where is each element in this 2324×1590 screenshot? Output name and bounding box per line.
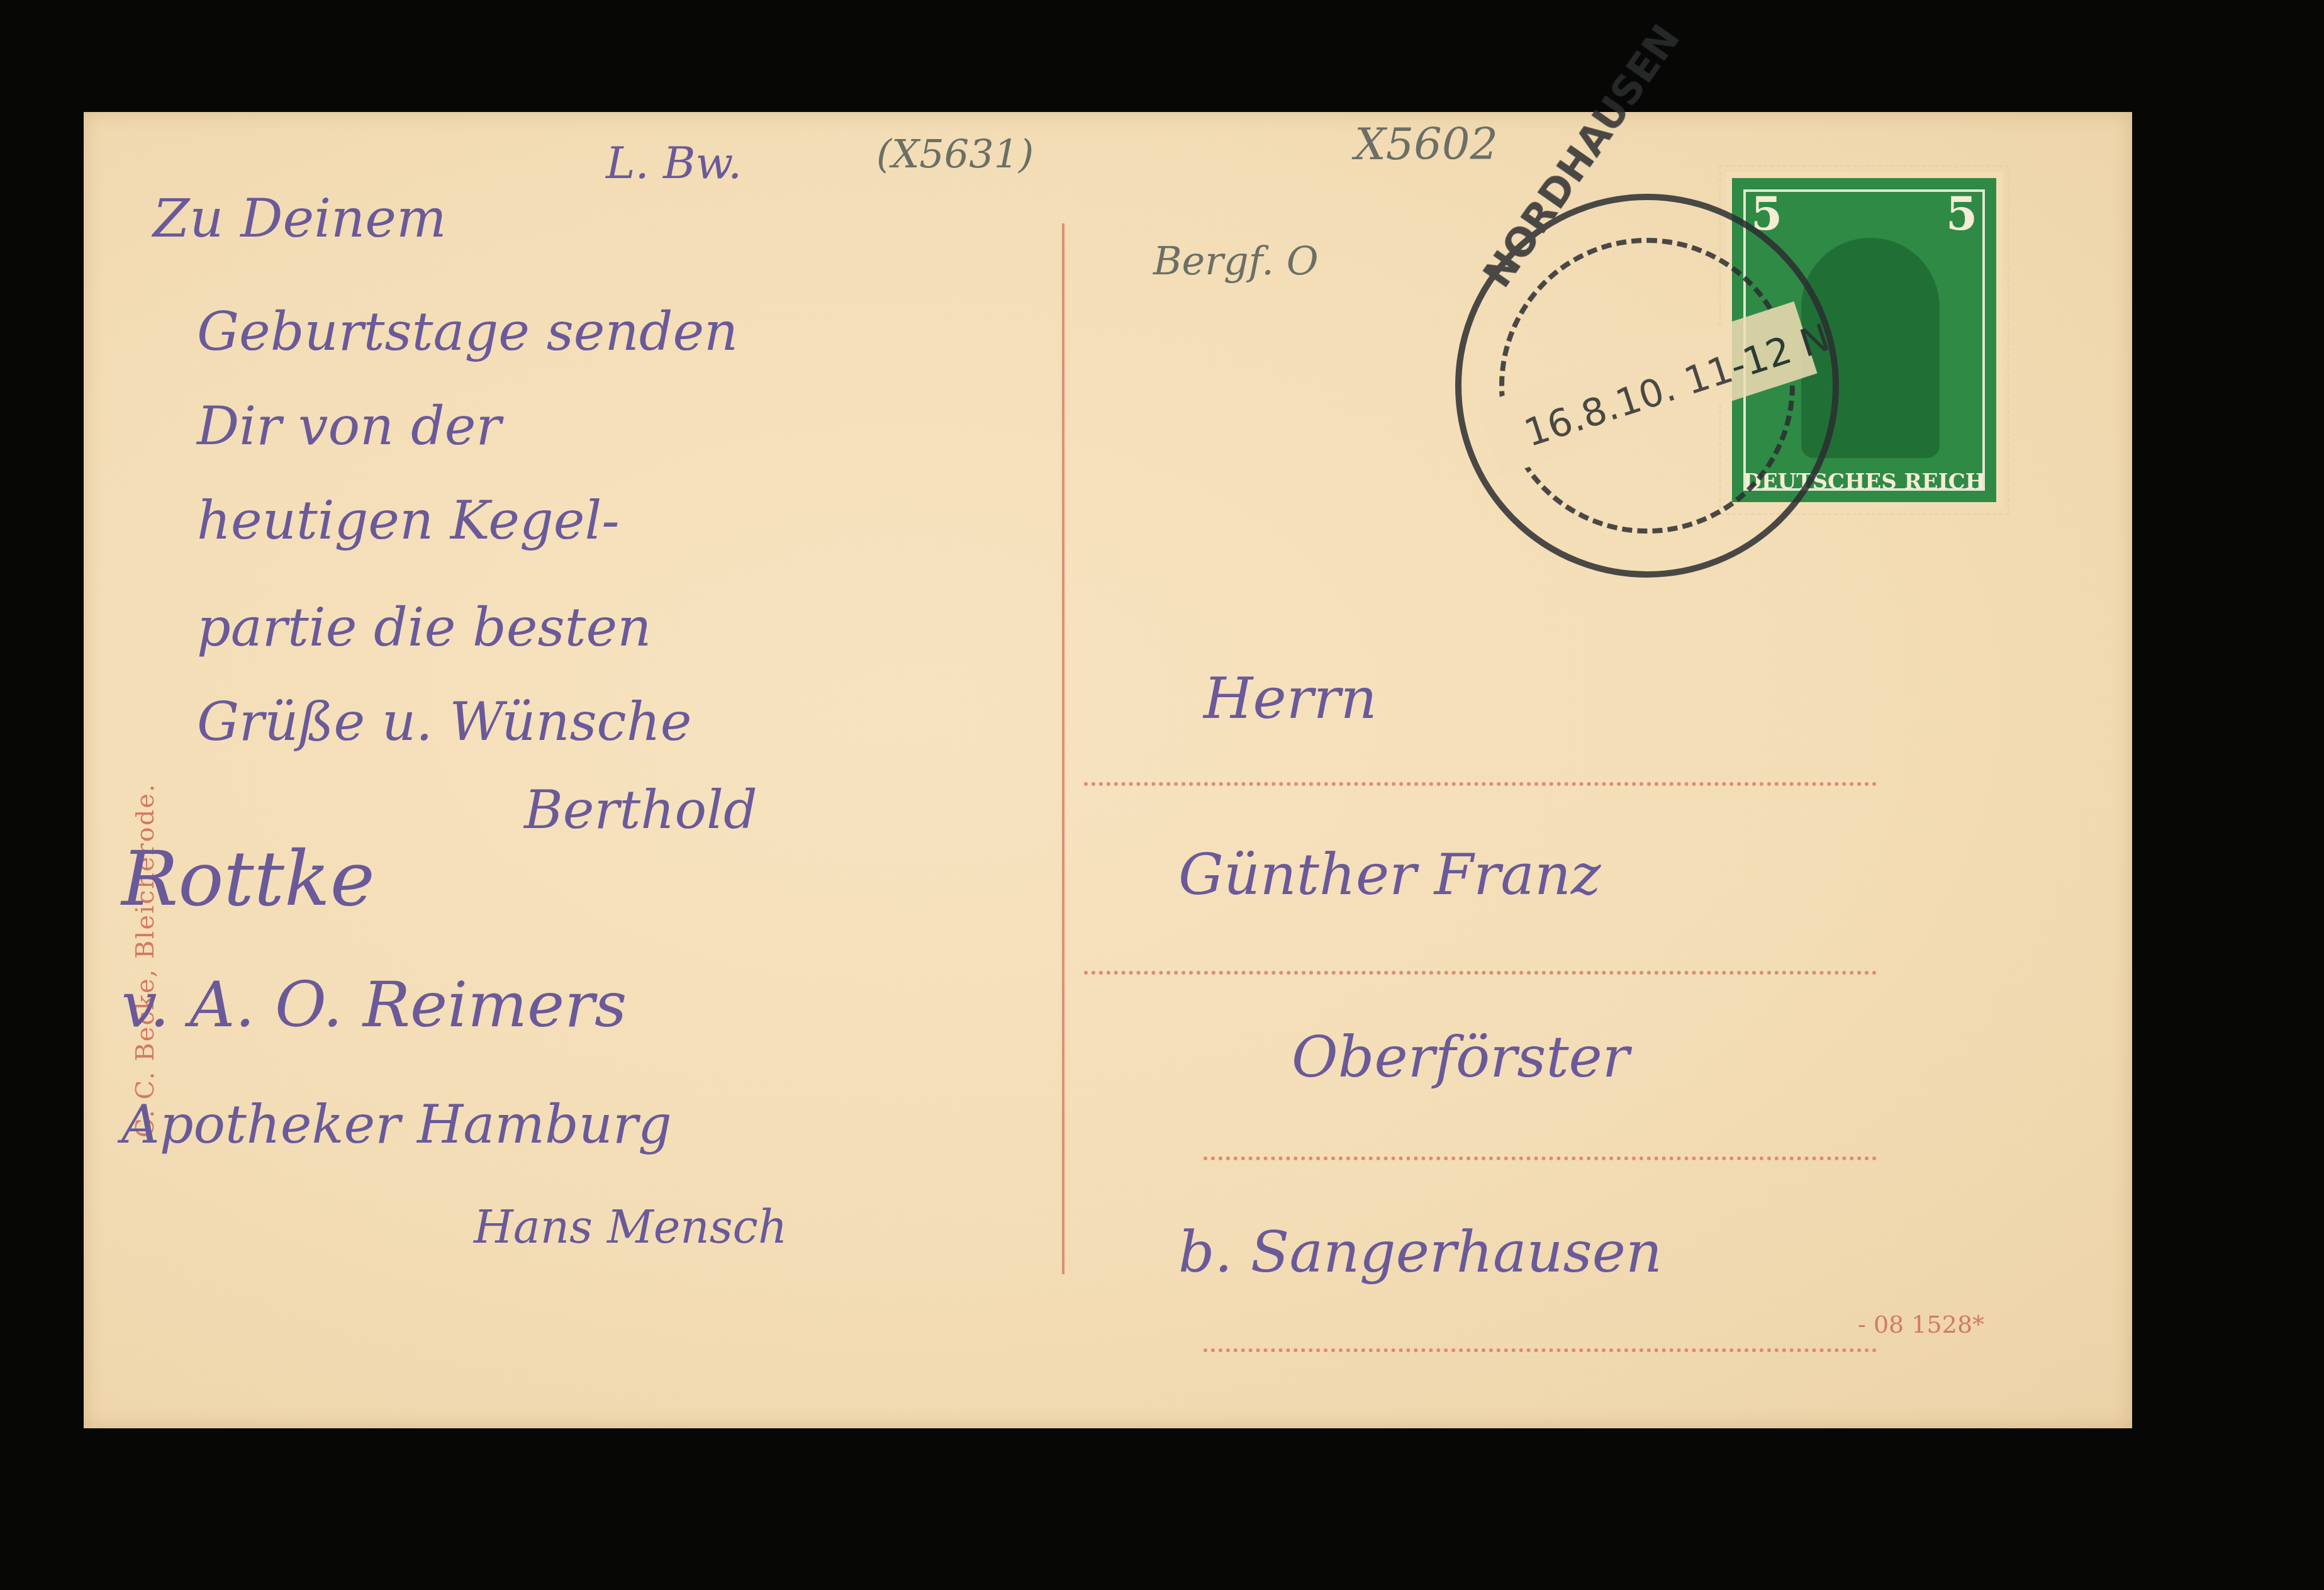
address-name-title: Herrn xyxy=(1204,666,1377,732)
message-line-8: Rottke xyxy=(121,836,375,923)
divider-line xyxy=(1062,223,1064,1274)
side-note: Bergf. O xyxy=(1153,238,1319,284)
address-town: b. Sangerhausen xyxy=(1178,1219,1662,1285)
address-line-3 xyxy=(1204,1156,1877,1160)
message-line-6: Grüße u. Wünsche xyxy=(197,691,691,753)
address-line-4 xyxy=(1204,1348,1877,1352)
archive-note-top-left: L. Bw. xyxy=(606,137,742,189)
address-line-1 xyxy=(1084,782,1877,786)
address-line-2 xyxy=(1084,971,1877,975)
message-line-2: Geburtstage senden xyxy=(197,301,738,362)
message-line-11: Hans Mensch xyxy=(474,1201,787,1253)
message-line-5: partie die besten xyxy=(197,596,651,658)
catalog-note-b: X5602 xyxy=(1355,118,1498,170)
postcard: C. C. Becke, Bleicherode. - 08 1528* L. … xyxy=(84,112,2132,1428)
catalog-note-a: (X5631) xyxy=(876,131,1034,177)
stamp-value-right: 5 xyxy=(1946,187,1977,240)
message-line-3: Dir von der xyxy=(197,395,501,457)
message-line-4: heutigen Kegel- xyxy=(197,490,620,551)
address-occupation: Oberförster xyxy=(1292,1024,1629,1090)
message-line-10: Apotheker Hamburg xyxy=(121,1094,672,1155)
serial-number: - 08 1528* xyxy=(1858,1311,1984,1338)
message-line-9: v. A. O. Reimers xyxy=(121,968,627,1041)
postmark-cancellation: NORDHAUSEN 16.8.10. 11-12 N xyxy=(1455,194,1839,578)
message-line-7: Berthold xyxy=(524,779,757,841)
message-line-1: Zu Deinem xyxy=(153,188,447,249)
address-name: Günther Franz xyxy=(1178,842,1601,908)
